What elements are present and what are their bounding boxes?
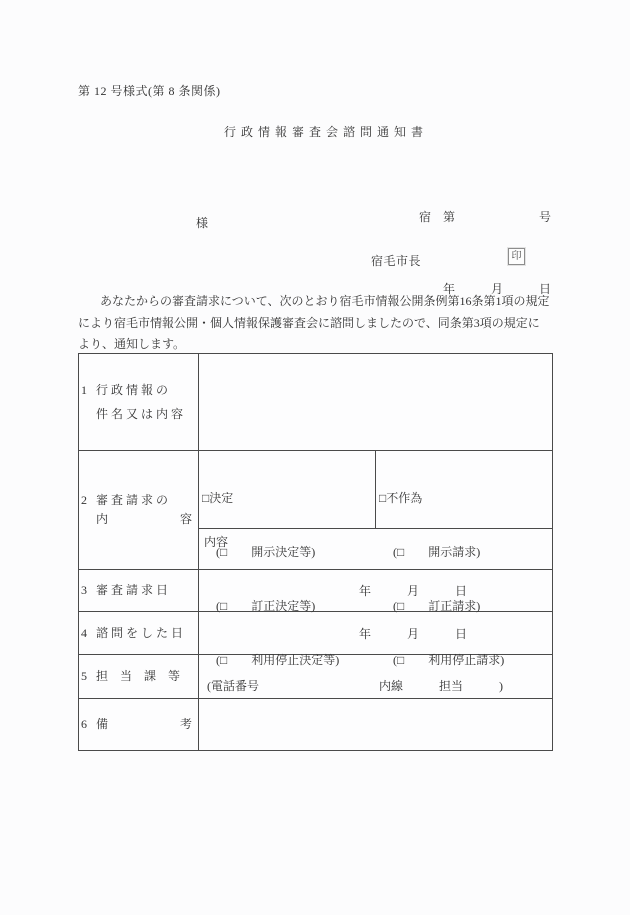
document-title: 行 政 情 報 審 査 会 諮 問 通 知 書 bbox=[224, 123, 424, 140]
table-row-request-date: 3審 査 請 求 日 年 月 日 bbox=[79, 569, 552, 611]
inaction-checkbox-heading: □不作為 bbox=[379, 489, 552, 507]
row-value-department: (電話番号 内線 担当 ) bbox=[199, 655, 552, 698]
row-label-info-title: 1行 政 情 報 の 件 名 又 は 内 容 bbox=[79, 354, 199, 450]
row-value-request-date: 年 月 日 bbox=[199, 570, 552, 611]
row-label-text: 備 考 bbox=[96, 715, 192, 734]
row-value-info-title bbox=[199, 354, 552, 450]
row-label-request-content: 2審 査 請 求 の 内 容 bbox=[79, 451, 199, 569]
row-number: 5 bbox=[81, 667, 96, 686]
decision-section: □決定 (□ 開示決定等) (□ 訂正決定等) (□ 利用停止決定等) bbox=[199, 451, 376, 528]
row-label-department: 5担 当 課 等 bbox=[79, 655, 199, 698]
row-value-consultation-date: 年 月 日 bbox=[199, 612, 552, 654]
checkbox-subrow: □決定 (□ 開示決定等) (□ 訂正決定等) (□ 利用停止決定等) □不作為… bbox=[199, 451, 552, 529]
addressee-suffix: 様 bbox=[196, 214, 208, 231]
table-row-consultation-date: 4諮 問 を し た 日 年 月 日 bbox=[79, 611, 552, 654]
body-paragraph: あなたからの審査請求について、次のとおり宿毛市情報公開条例第16条第1項の規定 … bbox=[78, 291, 558, 356]
table-row-info-title: 1行 政 情 報 の 件 名 又 は 内 容 bbox=[79, 354, 552, 450]
sender-title: 宿毛市長 bbox=[371, 252, 421, 269]
row-number: 2 bbox=[81, 491, 96, 510]
decision-checkbox-heading: □決定 bbox=[202, 489, 375, 507]
row-label-text: 件 名 又 は 内 容 bbox=[96, 402, 183, 426]
seal-mark: 印 bbox=[508, 248, 525, 265]
content-subcell: 内容 bbox=[199, 529, 552, 569]
row-number: 1 bbox=[81, 378, 96, 402]
row-number: 6 bbox=[81, 715, 96, 734]
body-line: により宿毛市情報公開・個人情報保護審査会に諮問しましたので、同条第3項の規定に bbox=[78, 313, 558, 335]
inaction-section: □不作為 (□ 開示請求) (□ 訂正請求) (□ 利用停止請求) bbox=[376, 451, 552, 528]
document-number-line: 宿 第 号 bbox=[419, 205, 551, 229]
row-value-request-content: □決定 (□ 開示決定等) (□ 訂正決定等) (□ 利用停止決定等) □不作為… bbox=[199, 451, 552, 569]
row-label-text: 審 査 請 求 日 bbox=[96, 581, 168, 600]
table-row-request-content: 2審 査 請 求 の 内 容 □決定 (□ 開示決定等) (□ 訂正決定等) (… bbox=[79, 450, 552, 569]
document-page: 第 12 号様式(第 8 条関係) 行 政 情 報 審 査 会 諮 問 通 知 … bbox=[0, 0, 630, 915]
row-label-text: 審 査 請 求 の bbox=[96, 491, 168, 510]
row-label-remarks: 6備 考 bbox=[79, 699, 199, 750]
row-label-text: 担 当 課 等 bbox=[96, 667, 180, 686]
form-number: 第 12 号様式(第 8 条関係) bbox=[78, 82, 221, 99]
row-label-text: 内 容 bbox=[96, 510, 192, 529]
table-row-remarks: 6備 考 bbox=[79, 698, 552, 750]
form-table: 1行 政 情 報 の 件 名 又 は 内 容 2審 査 請 求 の 内 容 □決… bbox=[78, 353, 553, 751]
row-number: 4 bbox=[81, 624, 96, 643]
table-row-department: 5担 当 課 等 (電話番号 内線 担当 ) bbox=[79, 654, 552, 698]
row-label-text: 行 政 情 報 の bbox=[96, 378, 168, 402]
row-number: 3 bbox=[81, 581, 96, 600]
row-label-text: 諮 問 を し た 日 bbox=[96, 624, 183, 643]
row-label-request-date: 3審 査 請 求 日 bbox=[79, 570, 199, 611]
body-line: あなたからの審査請求について、次のとおり宿毛市情報公開条例第16条第1項の規定 bbox=[78, 291, 558, 313]
row-value-remarks bbox=[199, 699, 552, 750]
row-label-consultation-date: 4諮 問 を し た 日 bbox=[79, 612, 199, 654]
